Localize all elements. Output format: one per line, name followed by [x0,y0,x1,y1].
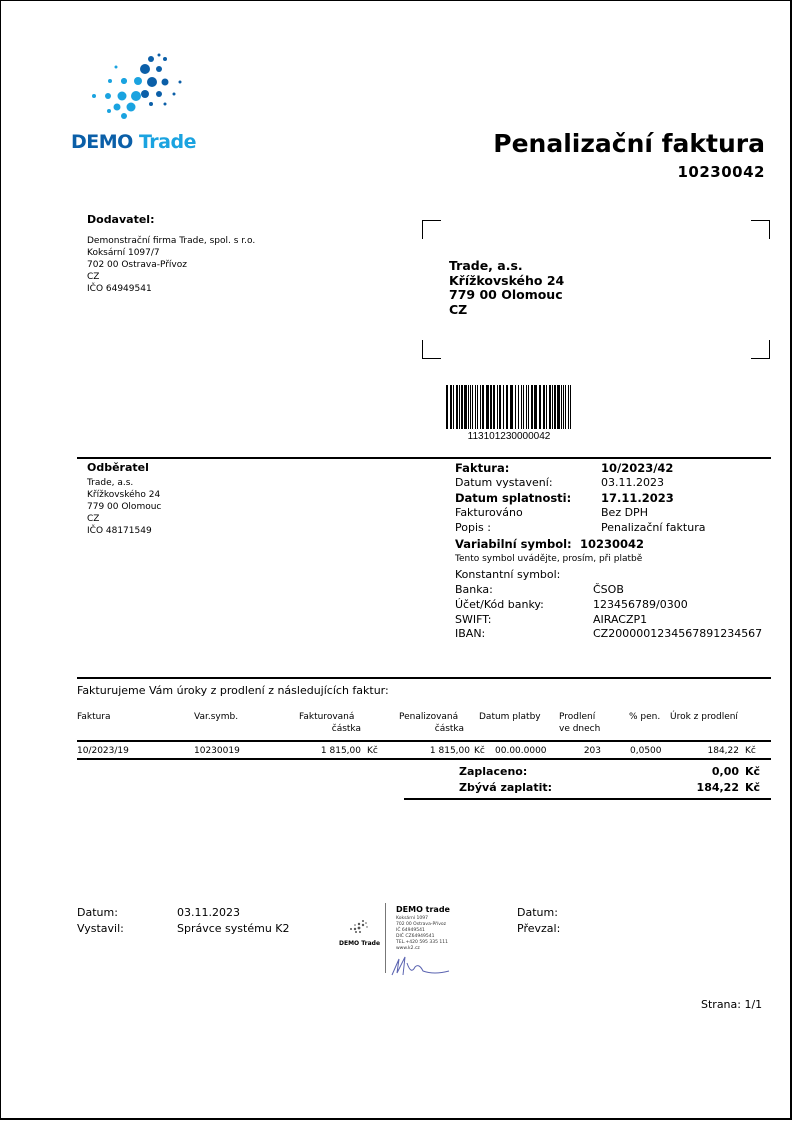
section-divider [77,457,771,459]
company-stamp: DEMO Trade DEMO trade Koksární 1097702 0… [339,903,469,983]
paid-label: Zaplaceno: [459,765,527,778]
paid-currency: Kč [745,765,760,778]
table-header-divider [77,740,771,742]
customer-address: Trade, a.s. Křížkovského 24 779 00 Olomo… [87,477,161,537]
customer-heading: Odběratel [87,461,149,474]
signature-icon [389,953,459,979]
company-logo-dots-icon [85,49,185,119]
invoice-page: DEMO Trade Penalizační faktura 10230042 … [0,0,792,1120]
document-title: Penalizační faktura [493,129,765,158]
paid-value: 0,00 [661,765,739,778]
recipient-address: Trade, a.s. Křížkovského 24 779 00 Olomo… [449,259,564,317]
stamp-logo-icon [347,917,371,937]
table-top-divider [77,677,771,679]
table-intro: Fakturujeme Vám úroky z prodlení z násle… [77,684,389,697]
supplier-heading: Dodavatel: [87,213,154,226]
footer-date-label: Datum: [77,906,118,919]
col-header-datum: Datum platby [479,711,541,723]
footer-issuer-value: Správce systému K2 [177,922,290,935]
totals-divider [404,798,771,800]
col-header-varsymb: Var.symb. [194,711,238,723]
col-header-penalizovana: Penalizovanáčástka [391,711,464,735]
page-number: Strana: 1/1 [701,998,762,1011]
col-header-urok: Úrok z prodlení [670,711,738,723]
col-header-faktura: Faktura [77,711,111,723]
footer-received-date-label: Datum: [517,906,558,919]
remaining-value: 184,22 [661,781,739,794]
remaining-currency: Kč [745,781,760,794]
footer-issuer-label: Vystavil: [77,922,124,935]
envelope-corner-tl [422,220,441,239]
col-header-prodleni: Prodleníve dnech [559,711,600,735]
document-number: 10230042 [678,163,766,181]
info-vs-note: Tento symbol uvádějte, prosím, při platb… [455,554,642,564]
table-bottom-divider [77,758,771,760]
footer-received-by-label: Převzal: [517,922,560,935]
company-logo-text: DEMO Trade [71,131,196,153]
col-header-pen: % pen. [629,711,660,723]
envelope-corner-bl [422,340,441,359]
footer-date-value: 03.11.2023 [177,906,240,919]
remaining-label: Zbývá zaplatit: [459,781,552,794]
col-header-fakturovana: Fakturovanáčástka [291,711,361,735]
envelope-corner-br [751,340,770,359]
supplier-address: Demonstrační firma Trade, spol. s r.o. K… [87,235,255,295]
barcode [446,385,572,429]
barcode-number: 113101230000042 [446,431,572,442]
envelope-corner-tr [751,220,770,239]
